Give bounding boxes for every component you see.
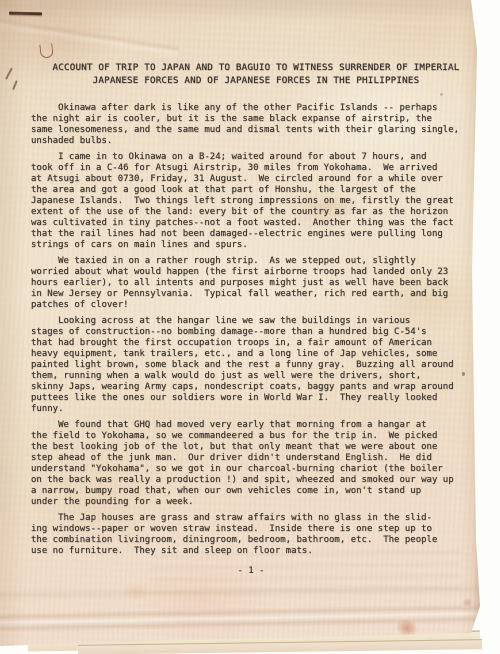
document-body: Okinawa after dark is like any of the ot… bbox=[31, 103, 483, 562]
pencil-u-mark bbox=[39, 43, 53, 58]
ink-speck-3 bbox=[440, 93, 443, 96]
pencil-tick-mark-1 bbox=[5, 67, 12, 79]
soft-stain-1 bbox=[120, 583, 152, 600]
rust-stain-small bbox=[462, 598, 473, 607]
pencil-tick-mark-2 bbox=[12, 80, 17, 90]
page-number: - 1 - bbox=[31, 566, 471, 577]
paragraph-taxi-in: We taxied in on a rather rough strip. As… bbox=[31, 256, 483, 311]
scanned-document-photo: ACCOUNT OF TRIP TO JAPAN AND TO BAGUIO T… bbox=[0, 0, 500, 654]
document-title: ACCOUNT OF TRIP TO JAPAN AND TO BAGUIO T… bbox=[31, 61, 481, 87]
paragraph-ghq-bus: We found that GHQ had moved very early t… bbox=[31, 420, 483, 508]
paragraph-okinawa: Okinawa after dark is like any of the ot… bbox=[31, 103, 483, 147]
paper-sheet: ACCOUNT OF TRIP TO JAPAN AND TO BAGUIO T… bbox=[0, 0, 481, 648]
fold-crease-bottom bbox=[0, 603, 500, 633]
paragraph-jap-houses: The Jap houses are grass and straw affai… bbox=[31, 513, 483, 557]
paragraph-flight-to-atsugi: I came in to Okinawa on a B-24; waited a… bbox=[31, 152, 483, 251]
paragraph-hangar-line: Looking across at the hangar line we saw… bbox=[31, 316, 483, 415]
